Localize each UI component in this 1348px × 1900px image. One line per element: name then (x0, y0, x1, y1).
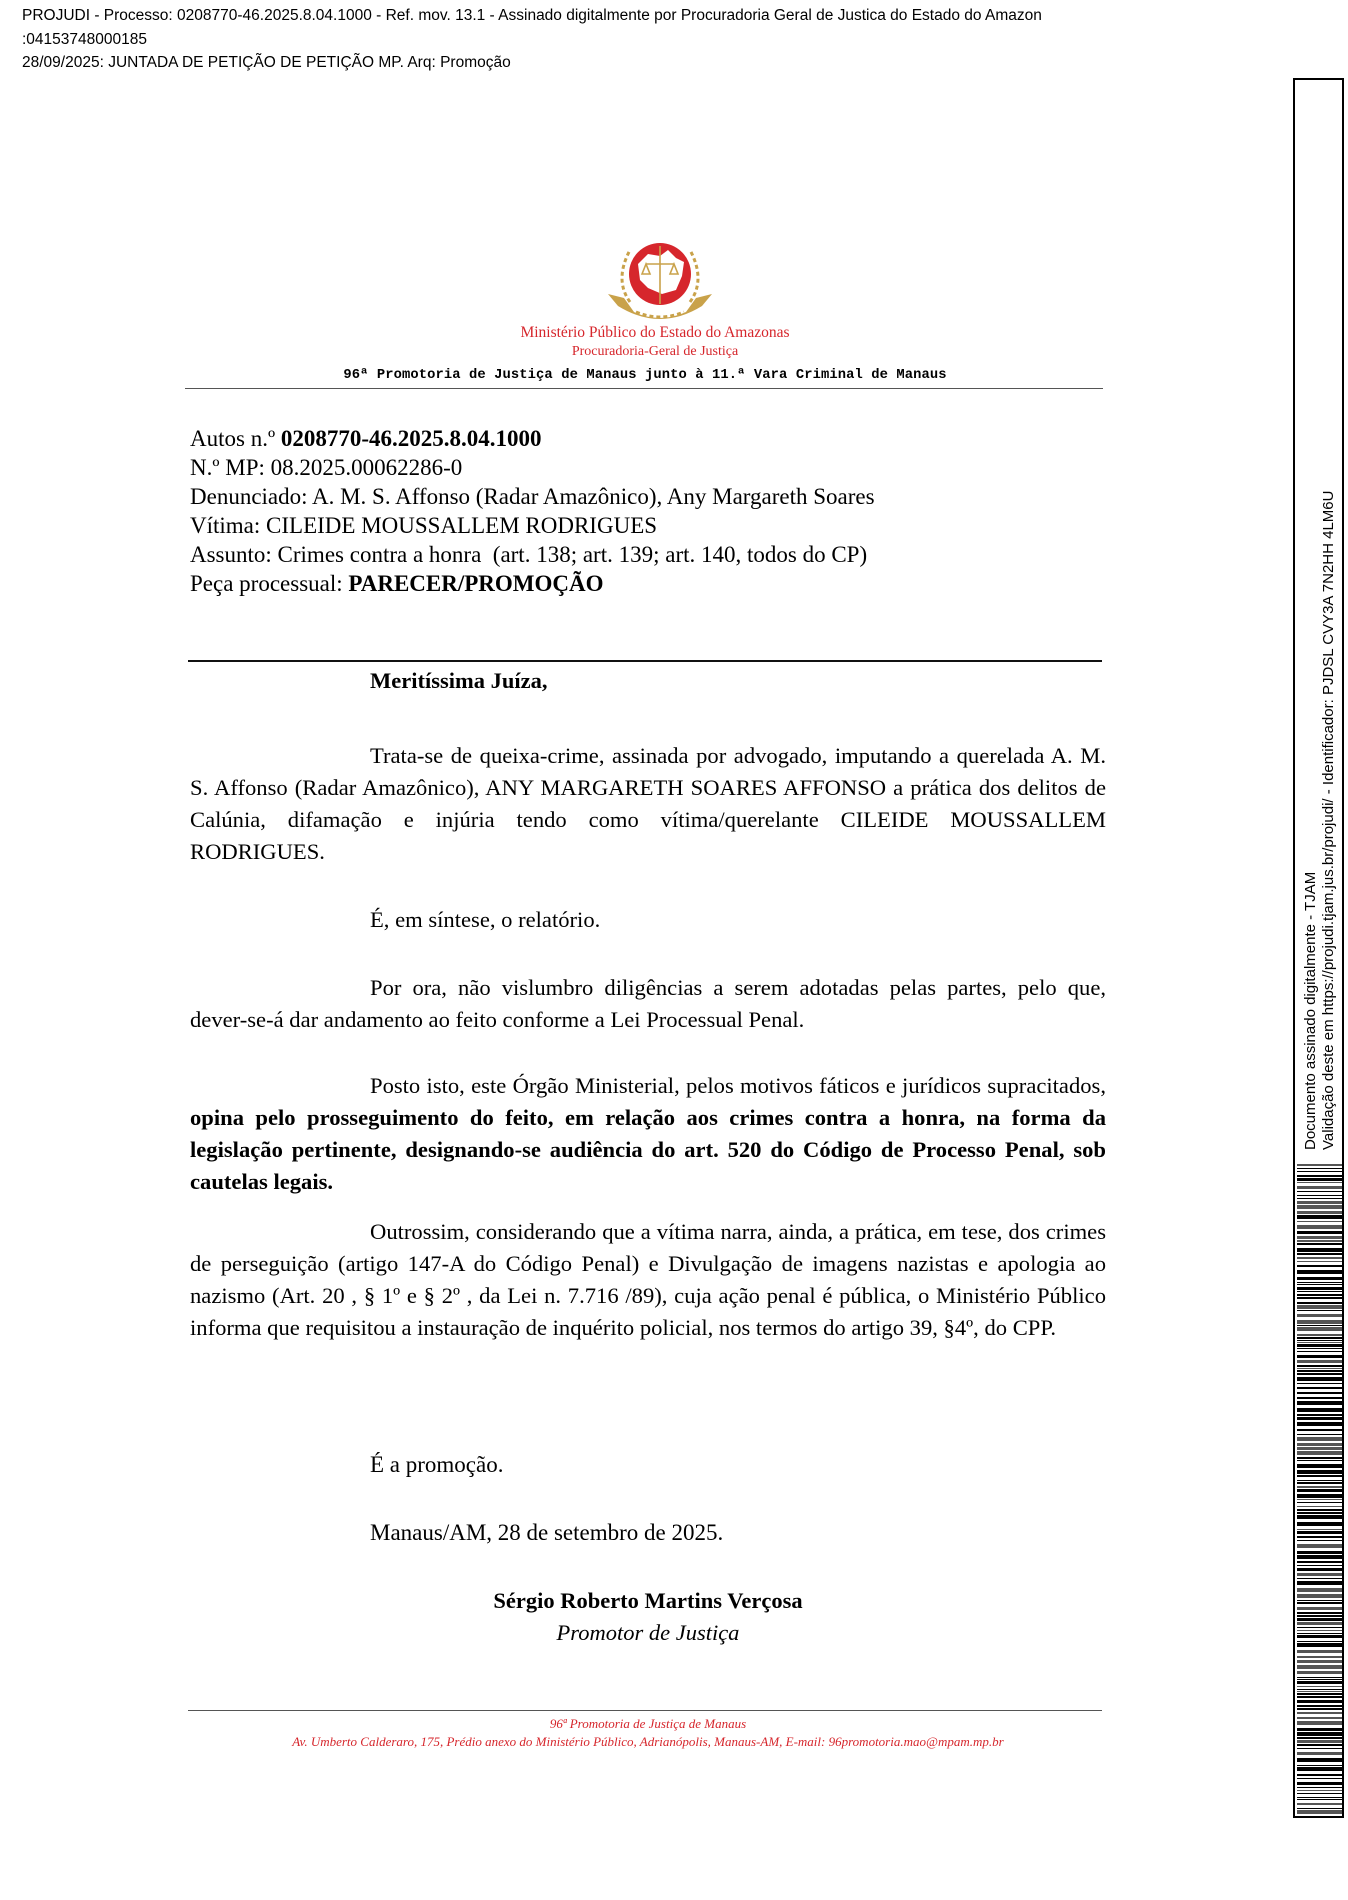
mp-row: N.º MP: 08.2025.00062286-0 (190, 453, 875, 482)
peca-value: PARECER/PROMOÇÃO (348, 571, 603, 596)
footer-promotoria: 96ª Promotoria de Justiça de Manaus (190, 1716, 1106, 1732)
barcode-icon (1297, 1164, 1342, 1816)
institution-name: Ministério Público do Estado do Amazonas (190, 324, 1120, 342)
promotoria-title: 96ª Promotoria de Justiça de Manaus junt… (190, 368, 1100, 383)
opinion-highlight: opina pelo prosseguimento do feito, em r… (190, 1105, 1106, 1194)
closing: É a promoção. (370, 1452, 503, 1478)
denunciado-row: Denunciado: A. M. S. Affonso (Radar Amaz… (190, 482, 875, 511)
paragraph-2: É, em síntese, o relatório. (190, 904, 1106, 936)
assunto-row: Assunto: Crimes contra a honra (art. 138… (190, 540, 875, 569)
vitima-value: CILEIDE MOUSSALLEM RODRIGUES (266, 513, 657, 538)
projudi-header-line1: PROJUDI - Processo: 0208770-46.2025.8.04… (22, 4, 1042, 28)
vitima-row: Vítima: CILEIDE MOUSSALLEM RODRIGUES (190, 511, 875, 540)
mp-number: 08.2025.00062286-0 (271, 455, 463, 480)
projudi-header-line3: 28/09/2025: JUNTADA DE PETIÇÃO DE PETIÇÃ… (22, 51, 1042, 75)
autos-number: 0208770-46.2025.8.04.1000 (281, 426, 542, 451)
paragraph-4: Posto isto, este Órgão Ministerial, pelo… (190, 1070, 1106, 1198)
assunto-value: Crimes contra a honra (art. 138; art. 13… (278, 542, 868, 567)
footer-divider (188, 1710, 1102, 1711)
header-divider (185, 388, 1103, 389)
autos-row: Autos n.º 0208770-46.2025.8.04.1000 (190, 424, 875, 453)
paragraph-5: Outrossim, considerando que a vítima nar… (190, 1216, 1106, 1344)
mp-am-emblem-icon (590, 232, 730, 322)
paragraph-3: Por ora, não vislumbro diligências a ser… (190, 972, 1106, 1036)
projudi-header-line2: :04153748000185 (22, 28, 1042, 52)
date-line: Manaus/AM, 28 de setembro de 2025. (370, 1520, 723, 1546)
department-name: Procuradoria-Geral de Justiça (190, 344, 1120, 360)
greeting: Meritíssima Juíza, (370, 668, 547, 694)
denunciado-value: A. M. S. Affonso (Radar Amazônico), Any … (312, 484, 875, 509)
stamp-line-signed: Documento assinado digitalmente - TJAM (1302, 872, 1320, 1150)
case-divider (188, 660, 1102, 662)
signer-role: Promotor de Justiça (190, 1620, 1106, 1646)
signer-name: Sérgio Roberto Martins Verçosa (190, 1588, 1106, 1614)
stamp-line-validation: Validação deste em https://projudi.tjam.… (1320, 491, 1338, 1150)
footer-address: Av. Umberto Calderaro, 175, Prédio anexo… (190, 1734, 1106, 1750)
case-info: Autos n.º 0208770-46.2025.8.04.1000 N.º … (190, 424, 875, 598)
peca-row: Peça processual: PARECER/PROMOÇÃO (190, 569, 875, 598)
paragraph-1: Trata-se de queixa-crime, assinada por a… (190, 740, 1106, 868)
projudi-header: PROJUDI - Processo: 0208770-46.2025.8.04… (22, 4, 1042, 75)
